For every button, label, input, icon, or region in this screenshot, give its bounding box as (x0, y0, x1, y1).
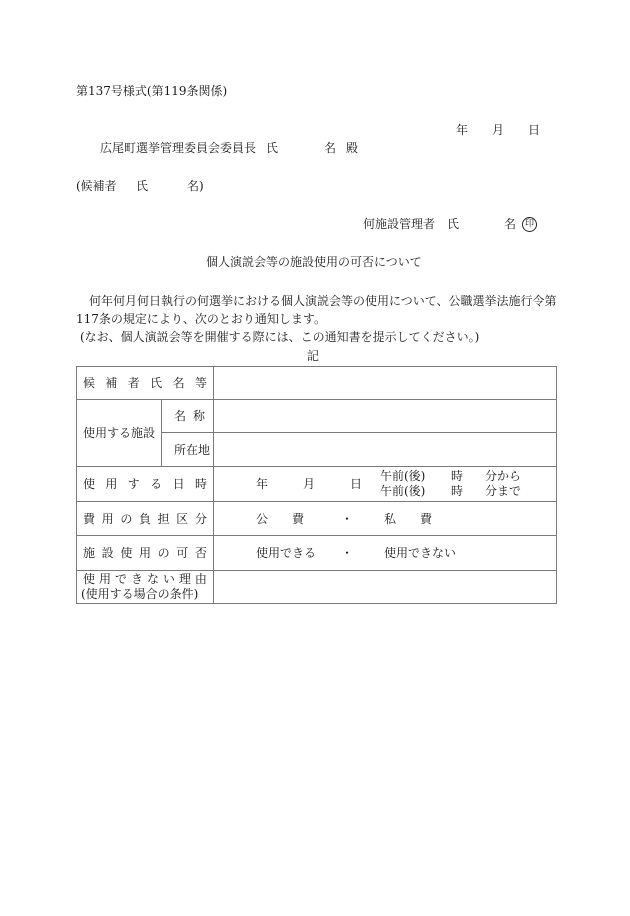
label-char: 氏 (150, 376, 162, 390)
addressee-org: 広尾町選挙管理委員会委員長 (100, 141, 256, 155)
label-facility-name: 名 称 (162, 400, 214, 433)
label-char: 時 (195, 477, 207, 491)
date-month: 月 (492, 123, 504, 137)
label-char: 理 (179, 572, 191, 587)
label-char: 用 (105, 477, 117, 491)
sender-mei: 名 (504, 217, 516, 231)
row-datetime: 使 用 す る 日 時 年 月 日 午前(後) 時 分から 午前(後) 時 分ま… (77, 467, 557, 502)
label-char: で (115, 572, 127, 587)
row-availability: 施 設 使 用 の 可 否 使用できる ・ 使用できない (77, 536, 557, 571)
dt-to-min: 分まで (485, 484, 521, 498)
label-char: 補 (105, 376, 117, 390)
label-char: 名 (173, 376, 185, 390)
label-char: の (158, 546, 170, 560)
label-char: な (147, 572, 159, 587)
ki-heading: 記 (307, 349, 319, 363)
cost-field[interactable]: 公 費 ・ 私 費 (214, 502, 557, 536)
dt-to-ampm: 午前(後) (380, 484, 425, 498)
dt-to-hour: 時 (451, 484, 463, 498)
label-char: 所 (174, 443, 186, 457)
label-datetime: 使 用 す る 日 時 (77, 467, 214, 502)
date-line: 年 月 日 (456, 123, 468, 137)
addressee-mei: 名 (324, 141, 336, 155)
body-line-3: (なお、個人演説会等を開催する際には、この通知書を提示してください。) (80, 330, 479, 344)
label-char: の (120, 512, 132, 526)
label-char: 日 (173, 477, 185, 491)
label-availability: 施 設 使 用 の 可 否 (77, 536, 214, 571)
dt-from-hour: 時 (451, 469, 463, 483)
label-char: 設 (102, 546, 114, 560)
label-char: 使 (120, 546, 132, 560)
cost-private-option[interactable]: 私 費 (384, 512, 432, 526)
label-reason-condition: (使用する場合の条件) (77, 587, 213, 602)
body-line-2: 117条の規定により、次のとおり通知します。 (76, 312, 326, 326)
label-char: 者 (128, 376, 140, 390)
label-cost: 費 用 の 負 担 区 分 (77, 502, 214, 536)
label-facility: 使用する施設 (77, 400, 162, 467)
candidate-name-field[interactable] (214, 367, 557, 400)
label-char: 使 (83, 477, 95, 491)
candidate-open: (候補者 (76, 179, 117, 193)
document-title: 個人演説会等の施設使用の可否について (206, 255, 422, 269)
candidate-shi: 氏 (136, 179, 148, 193)
label-char: 用 (99, 572, 111, 587)
seal-icon: 印 (522, 217, 537, 232)
availability-no-option[interactable]: 使用できない (384, 546, 456, 560)
datetime-field[interactable]: 年 月 日 午前(後) 時 分から 午前(後) 時 分まで (214, 467, 557, 502)
dt-from-ampm: 午前(後) (380, 469, 425, 483)
label-char: き (131, 572, 143, 587)
label-reason: 使 用 で き な い 理 由 (使用する場合の条件) (77, 571, 214, 604)
label-char: 負 (139, 512, 151, 526)
body-line-1: 何年何月何日執行の何選挙における個人演説会等の使用について、公職選挙法施行令第 (89, 294, 557, 308)
candidate-line: (候補者 氏 名) (76, 179, 117, 193)
date-year: 年 (456, 123, 468, 137)
label-char: 等 (195, 376, 207, 390)
sender-shi: 氏 (447, 217, 459, 231)
sender-line: 何施設管理者 氏 名 印 (363, 217, 435, 231)
label-char: る (150, 477, 162, 491)
row-facility-name: 使用する施設 名 称 (77, 400, 557, 433)
label-char: 候 (83, 376, 95, 390)
row-reason: 使 用 で き な い 理 由 (使用する場合の条件) (77, 571, 557, 604)
dt-day: 日 (350, 477, 362, 491)
label-char: 称 (193, 409, 205, 423)
addressee-line: 広尾町選挙管理委員会委員長 氏 名 殿 (100, 141, 256, 155)
label-char: 使 (83, 572, 95, 587)
label-candidate-name: 候 補 者 氏 名 等 (77, 367, 214, 400)
availability-yes-option[interactable]: 使用できる (256, 546, 316, 560)
label-char: 名 (174, 409, 186, 423)
label-facility-address: 所 在 地 (162, 433, 214, 467)
notice-table: 候 補 者 氏 名 等 使用する施設 名 称 所 在 地 (76, 366, 557, 604)
availability-field[interactable]: 使用できる ・ 使用できない (214, 536, 557, 571)
label-char: 担 (158, 512, 170, 526)
dt-from-min: 分から (485, 469, 521, 483)
label-char: 用 (139, 546, 151, 560)
dt-year: 年 (256, 477, 268, 491)
label-char: 区 (176, 512, 188, 526)
sender-title: 何施設管理者 (363, 217, 435, 231)
date-day: 日 (528, 123, 540, 137)
label-char: い (163, 572, 175, 587)
label-char: 施 (83, 546, 95, 560)
label-char: 在 (186, 443, 198, 457)
label-char: 分 (195, 512, 207, 526)
dt-month: 月 (303, 477, 315, 491)
availability-separator: ・ (341, 546, 353, 560)
row-candidate-name: 候 補 者 氏 名 等 (77, 367, 557, 400)
reason-field[interactable] (214, 571, 557, 604)
row-cost: 費 用 の 負 担 区 分 公 費 ・ 私 費 (77, 502, 557, 536)
form-number: 第137号様式(第119条関係) (76, 84, 227, 98)
label-char: 否 (195, 546, 207, 560)
addressee-shi: 氏 (266, 141, 278, 155)
label-char: 費 (83, 512, 95, 526)
facility-address-field[interactable] (214, 433, 557, 467)
addressee-dono: 殿 (346, 141, 358, 155)
cost-public-option[interactable]: 公 費 (256, 512, 304, 526)
label-char: す (128, 477, 140, 491)
label-char: 可 (176, 546, 188, 560)
facility-name-field[interactable] (214, 400, 557, 433)
cost-separator: ・ (341, 512, 353, 526)
label-char: 用 (102, 512, 114, 526)
label-char: 地 (198, 443, 210, 457)
label-char: 由 (195, 572, 207, 587)
candidate-mei: 名) (187, 179, 204, 193)
